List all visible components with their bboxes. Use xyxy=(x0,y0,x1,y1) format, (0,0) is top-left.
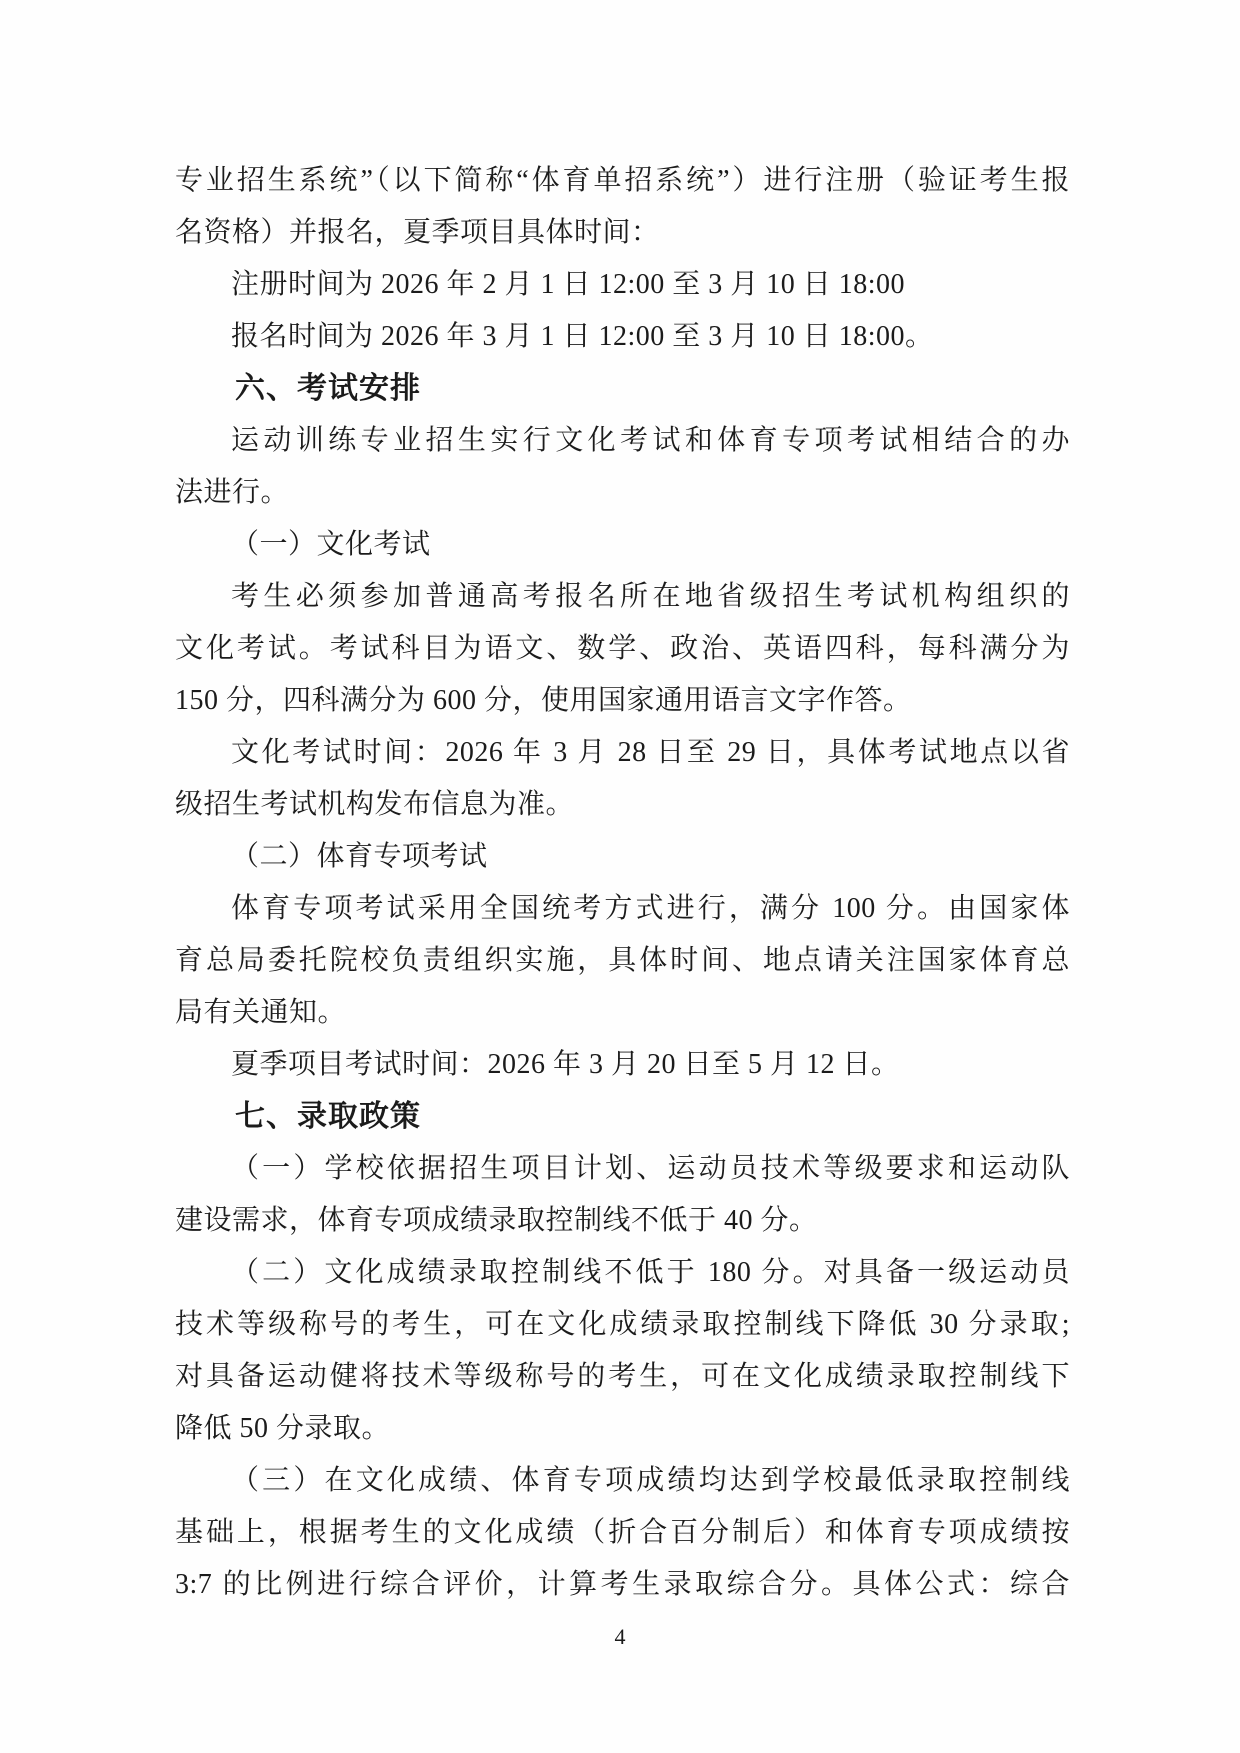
text-line: 基础上，根据考生的文化成绩（折合百分制后）和体育专项成绩按 xyxy=(175,1507,1070,1559)
text-line: 注册时间为 2026 年 2 月 1 日 12:00 至 3 月 10 日 18… xyxy=(175,259,1070,311)
text-line: 夏季项目考试时间：2026 年 3 月 20 日至 5 月 12 日。 xyxy=(175,1039,1070,1091)
text-line: 降低 50 分录取。 xyxy=(175,1403,1070,1455)
subsection-heading: （一）文化考试 xyxy=(175,519,1070,571)
text-line: 文化考试时间：2026 年 3 月 28 日至 29 日，具体考试地点以省 xyxy=(175,727,1070,779)
section-7-heading: 七、录取政策 xyxy=(175,1091,1070,1143)
text-line: 建设需求，体育专项成绩录取控制线不低于 40 分。 xyxy=(175,1195,1070,1247)
text-line: 级招生考试机构发布信息为准。 xyxy=(175,779,1070,831)
section-6-heading: 六、考试安排 xyxy=(175,363,1070,415)
text-line: 体育专项考试采用全国统考方式进行，满分 100 分。由国家体 xyxy=(175,883,1070,935)
text-line: 文化考试。考试科目为语文、数学、政治、英语四科，每科满分为 xyxy=(175,623,1070,675)
text-line: 150 分，四科满分为 600 分，使用国家通用语言文字作答。 xyxy=(175,675,1070,727)
text-line: 局有关通知。 xyxy=(175,987,1070,1039)
text-line: 3:7 的比例进行综合评价，计算考生录取综合分。具体公式：综合 xyxy=(175,1559,1070,1611)
page-number: 4 xyxy=(0,1622,1240,1652)
text-line: （二）文化成绩录取控制线不低于 180 分。对具备一级运动员 xyxy=(175,1247,1070,1299)
subsection-heading: （二）体育专项考试 xyxy=(175,831,1070,883)
text-line: 专业招生系统”（以下简称“体育单招系统”）进行注册（验证考生报 xyxy=(175,155,1070,207)
text-line: 技术等级称号的考生，可在文化成绩录取控制线下降低 30 分录取; xyxy=(175,1299,1070,1351)
document-body: 专业招生系统”（以下简称“体育单招系统”）进行注册（验证考生报 名资格）并报名，… xyxy=(175,155,1070,1611)
text-line: 运动训练专业招生实行文化考试和体育专项考试相结合的办 xyxy=(175,415,1070,467)
text-line: 考生必须参加普通高考报名所在地省级招生考试机构组织的 xyxy=(175,571,1070,623)
text-line: 育总局委托院校负责组织实施，具体时间、地点请关注国家体育总 xyxy=(175,935,1070,987)
text-line: 法进行。 xyxy=(175,467,1070,519)
text-line: 对具备运动健将技术等级称号的考生，可在文化成绩录取控制线下 xyxy=(175,1351,1070,1403)
text-line: 名资格）并报名，夏季项目具体时间： xyxy=(175,207,1070,259)
document-page: 专业招生系统”（以下简称“体育单招系统”）进行注册（验证考生报 名资格）并报名，… xyxy=(0,0,1240,1753)
text-line: （一）学校依据招生项目计划、运动员技术等级要求和运动队 xyxy=(175,1143,1070,1195)
text-line: 报名时间为 2026 年 3 月 1 日 12:00 至 3 月 10 日 18… xyxy=(175,311,1070,363)
text-line: （三）在文化成绩、体育专项成绩均达到学校最低录取控制线 xyxy=(175,1455,1070,1507)
